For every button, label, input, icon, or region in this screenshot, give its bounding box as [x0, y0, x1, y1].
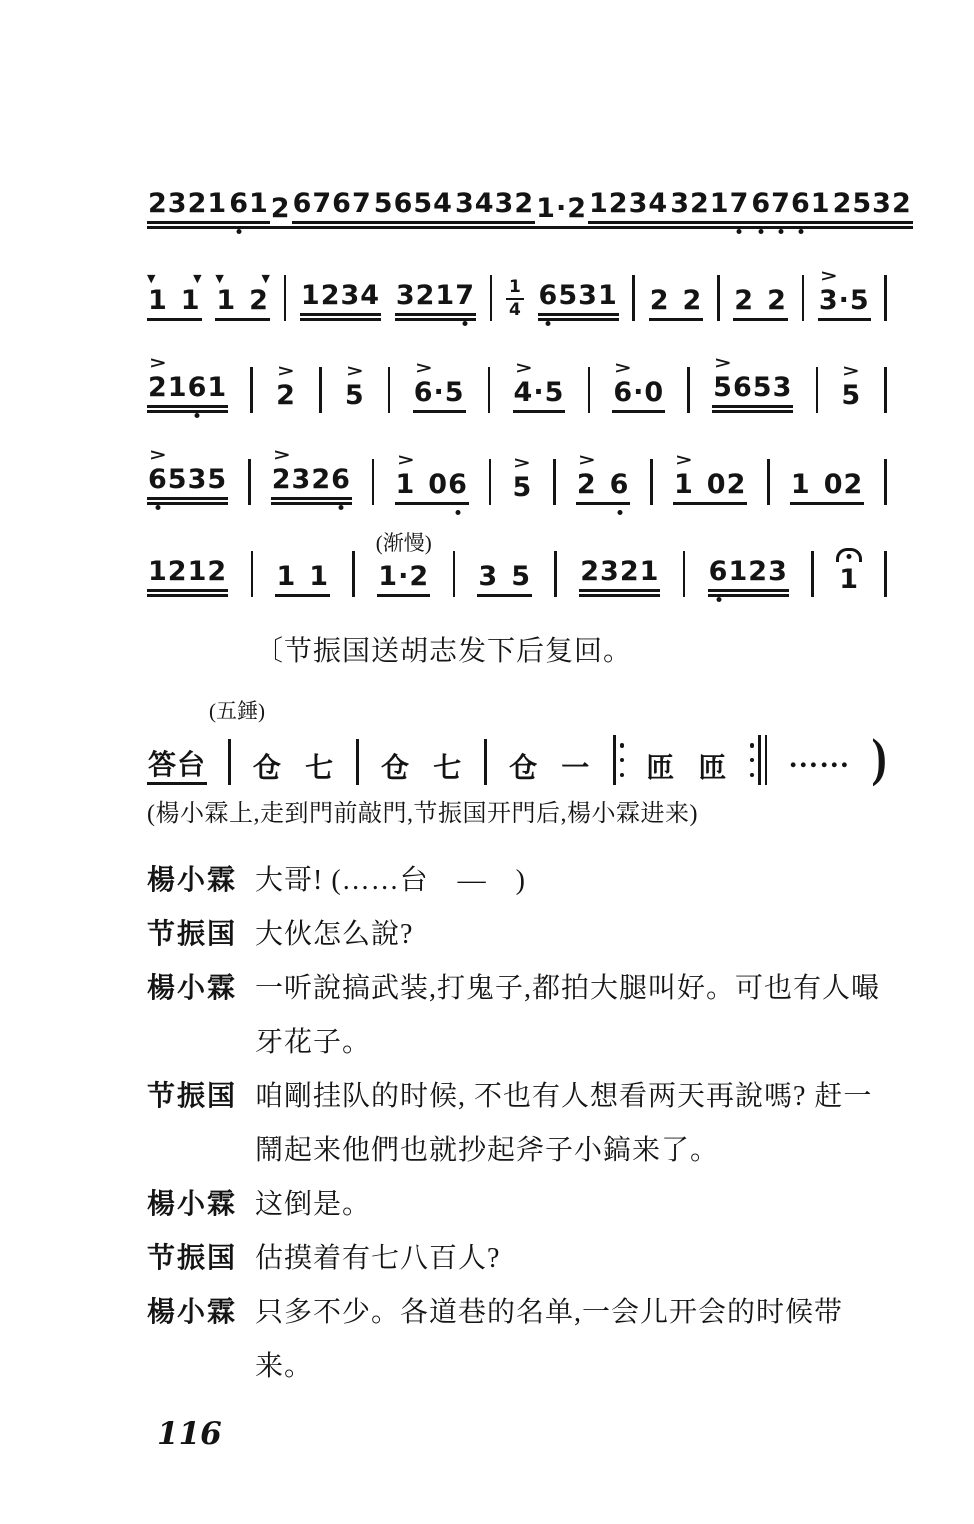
note-group: 匝 — [645, 753, 676, 785]
note-cell: 仓 — [508, 753, 539, 785]
note-cell: 3432 — [454, 190, 535, 229]
score-system: 12121 1(渐慢)1·23 5232161231 — [147, 533, 887, 597]
note-group: 5 — [840, 382, 862, 413]
continuation-ellipsis: …… — [788, 741, 850, 785]
note-group: 5653 — [712, 374, 793, 413]
repeat-barline — [765, 735, 767, 785]
note-char: 1 — [435, 282, 455, 310]
note-char: 3 — [629, 190, 649, 218]
barline — [884, 367, 887, 413]
accent-icon: ▼▼ — [212, 272, 273, 285]
note-char: 3 — [768, 558, 788, 586]
note-char: 1 — [674, 471, 694, 499]
note-char: 2 — [734, 287, 754, 315]
note-group: 1 1 — [275, 563, 330, 597]
note-group: 6·0 — [612, 379, 665, 413]
note-char: 2 — [207, 558, 227, 586]
barline — [372, 459, 375, 505]
note-char: 2 — [690, 190, 710, 218]
note-group: 2 — [270, 195, 292, 229]
note-char: 3 — [340, 282, 360, 310]
note-cell: 2 2 — [733, 287, 788, 321]
note-group: 七 — [432, 753, 463, 785]
note-cell: >4·5 — [513, 358, 566, 413]
note-char: 2 — [321, 282, 341, 310]
note-char: 2 — [580, 558, 600, 586]
note-cell: ▼▼1 1 — [147, 272, 202, 321]
note-cell: >6535 — [147, 445, 228, 505]
note-group: 仓 — [508, 753, 539, 785]
note-char: 七 — [433, 753, 462, 782]
barline — [553, 459, 556, 505]
note-cell: 61 — [228, 190, 270, 229]
note-with-octave-dot: 6 — [610, 471, 630, 499]
note-char: 7 — [312, 190, 332, 218]
speaker-name: 楊小霖 — [147, 1178, 255, 1232]
note-cell: 1·2 — [535, 195, 588, 229]
speech-line: 大哥! (……台 — ) — [255, 854, 887, 908]
note-char: 5 — [545, 379, 565, 407]
note-cell: 2321 — [579, 558, 660, 597]
note-cell: 2 — [270, 195, 292, 229]
accent-icon: > — [817, 266, 891, 285]
note-char: 1 — [309, 563, 329, 591]
barline — [588, 367, 591, 413]
note-char: 5 — [850, 287, 870, 315]
note-char: 4 — [514, 379, 534, 407]
note-char: 1 — [598, 282, 618, 310]
note-group: 1·2 — [377, 563, 430, 597]
score-system: >6535>2326>1 06>5>2 6>1 021 02 — [147, 441, 887, 505]
note-char: 4 — [648, 190, 668, 218]
dialogue-entry: 楊小霖只多不少。各道巷的名单,一会儿开会的时候带来。 — [147, 1286, 887, 1394]
note-char: 2 — [577, 471, 597, 499]
note-char: 3 — [578, 282, 598, 310]
barline — [484, 739, 487, 785]
note-group: 答台 — [147, 750, 207, 785]
note-char: 2 — [748, 558, 768, 586]
tempo-label: (渐慢) — [376, 527, 432, 557]
note-char: 5 — [511, 563, 531, 591]
note-char: 2 — [892, 190, 912, 218]
dialogue-entry: 节振国咱剛挂队的时候, 不也有人想看两天再說嗎? 赶一鬧起来他們也就抄起斧子小鎬… — [147, 1070, 887, 1178]
dialogue-entry: 节振国大伙怎么說? — [147, 908, 887, 962]
time-signature-cell: 14 — [506, 279, 524, 321]
barline — [816, 367, 819, 413]
note-char: 2 — [727, 471, 747, 499]
note-char: 3 — [495, 190, 515, 218]
note-with-octave-dot: 6 — [188, 374, 208, 402]
time-signature-denominator: 4 — [509, 300, 521, 319]
note-char: 1 — [207, 374, 227, 402]
note-cell: 一 — [560, 753, 591, 785]
speech-text: 一听說搞武装,打鬼子,都拍大腿叫好。可也有人嘬牙花子。 — [255, 962, 887, 1070]
note-cell: >2 — [275, 361, 297, 413]
note-cell: >5 — [344, 361, 366, 413]
note-char: 5 — [713, 374, 733, 402]
speaker-name: 节振国 — [147, 908, 255, 962]
note-char — [694, 471, 707, 499]
note-group: 1234 — [300, 282, 381, 321]
note-char: · — [633, 379, 644, 407]
speaker-name: 楊小霖 — [147, 962, 255, 1070]
note-char: 5 — [852, 190, 872, 218]
note-char: 2 — [148, 190, 168, 218]
note-char: 5 — [168, 466, 188, 494]
accent-icon: > — [672, 450, 775, 469]
dialogue-entry: 楊小霖这倒是。 — [147, 1178, 887, 1232]
score-system: 23216126767565434321·21234321767612532 — [147, 165, 887, 229]
note-char: 1 — [181, 287, 201, 315]
page-number: 116 — [157, 1416, 887, 1452]
note-cell: 3217 — [395, 282, 476, 321]
speaker-name: 节振国 — [147, 1070, 255, 1178]
note-char: 七 — [305, 753, 334, 782]
note-char: 1 — [396, 471, 416, 499]
note-cell: (渐慢)1·2 — [377, 563, 430, 597]
barline — [802, 275, 805, 321]
note-char: 3 — [188, 466, 208, 494]
repeat-barline — [613, 735, 616, 785]
barline — [811, 551, 814, 597]
note-char: 4 — [433, 190, 453, 218]
score-system: ▼▼1 1▼▼1 2123432171465312 22 2>3·5 — [147, 257, 887, 321]
note-group: 3217 — [669, 190, 750, 229]
note-char: 3 — [600, 558, 620, 586]
note-char: 1 — [378, 563, 398, 591]
note-group: 1 2 — [215, 287, 270, 321]
note-cell: ▼▼1 2 — [215, 272, 270, 321]
note-char: 2 — [833, 190, 853, 218]
accent-icon: > — [711, 353, 823, 372]
accent-icon: > — [839, 361, 871, 380]
stage-direction-entrance: (楊小霖上,走到門前敲門,节振国开門后,楊小霖进来) — [147, 793, 887, 828]
note-char: 一 — [561, 753, 590, 782]
accent-icon: > — [270, 445, 382, 464]
note-char: 0 — [428, 471, 448, 499]
note-cell: >2161 — [147, 353, 228, 413]
barline — [717, 275, 720, 321]
note-with-octave-dot: 6 — [148, 466, 168, 494]
percussion-line: 答台仓七仓七仓一匝匝……) — [147, 727, 887, 785]
note-char: 1 — [710, 190, 730, 218]
stage-direction-reenter: 〔节振国送胡志发下后复回。 — [255, 629, 887, 669]
note-char: 6 — [414, 379, 434, 407]
note-char: 1 — [728, 558, 748, 586]
note-group: 2532 — [832, 190, 913, 229]
note-char: 4 — [360, 282, 380, 310]
note-cell: >3·5 — [818, 266, 871, 321]
accent-icon: > — [611, 358, 685, 377]
speech-line: 鬧起来他們也就抄起斧子小鎬来了。 — [255, 1124, 887, 1178]
note-char: 1 — [791, 471, 811, 499]
accent-icon: > — [146, 445, 258, 464]
note-group: 一 — [560, 753, 591, 785]
note-group: 5 — [511, 474, 533, 505]
note-char — [236, 287, 249, 315]
note-char: 3 — [168, 190, 188, 218]
note-group: 1234 — [588, 190, 669, 229]
speech-line: 估摸着有七八百人? — [255, 1232, 887, 1286]
note-char: 1 — [249, 190, 269, 218]
note-char: 2 — [416, 282, 436, 310]
note-group: 1 02 — [673, 471, 747, 505]
dialogue-entry: 楊小霖一听說搞武装,打鬼子,都拍大腿叫好。可也有人嘬牙花子。 — [147, 962, 887, 1070]
note-char: 2 — [276, 382, 296, 410]
note-cell: 2321 — [147, 190, 228, 229]
barline — [554, 551, 557, 597]
percussion-pattern-label: (五錘) — [209, 695, 887, 725]
note-char: 5 — [753, 374, 773, 402]
note-char: 6 — [332, 190, 352, 218]
score-system: >2161>2>5>6·5>4·5>6·0>5653>5 — [147, 349, 887, 413]
note-cell: 仓 — [380, 753, 411, 785]
note-cell: 2532 — [832, 190, 913, 229]
speech-text: 估摸着有七八百人? — [255, 1232, 887, 1286]
accent-icon: > — [512, 358, 586, 377]
note-with-octave-dot: 6 — [331, 466, 351, 494]
note-with-octave-dot: 7 — [730, 190, 750, 218]
note-group: 2 2 — [733, 287, 788, 321]
note-char: 1 — [216, 287, 236, 315]
note-group: 6767 — [292, 190, 373, 229]
note-char: 1 — [148, 287, 168, 315]
note-group: 2321 — [579, 558, 660, 597]
note-char: 3 — [396, 282, 416, 310]
note-char: 3 — [773, 374, 793, 402]
note-char: 3 — [478, 563, 498, 591]
note-with-octave-dot: 6 — [791, 190, 811, 218]
note-cell: >1 06 — [395, 450, 469, 505]
note-char: 5 — [207, 466, 227, 494]
speech-line: 只多不少。各道巷的名单,一会儿开会的时候带来。 — [255, 1286, 887, 1394]
note-group: 61 — [228, 190, 270, 229]
note-char: 3 — [455, 190, 475, 218]
speech-line: 这倒是。 — [255, 1178, 887, 1232]
scanned-score-page: 23216126767565434321·21234321767612532▼▼… — [0, 0, 974, 1524]
note-group: 6·5 — [413, 379, 466, 413]
note-char: 2 — [650, 287, 670, 315]
note-with-octave-dot: 6 — [751, 190, 771, 218]
note-group: 6535 — [147, 466, 228, 505]
note-cell: >2326 — [271, 445, 352, 505]
barline — [352, 551, 355, 597]
note-with-octave-dot: 6 — [539, 282, 559, 310]
note-group: 3·5 — [818, 287, 871, 321]
note-char: 5 — [345, 382, 365, 410]
note-with-octave-dot: 7 — [455, 282, 475, 310]
note-char: · — [556, 195, 567, 223]
speech-text: 这倒是。 — [255, 1178, 887, 1232]
speech-line: 一听說搞武装,打鬼子,都拍大腿叫好。可也有人嘬 — [255, 962, 887, 1016]
barline — [251, 551, 254, 597]
note-char: 2 — [249, 287, 269, 315]
note-cell: 6761 — [750, 190, 831, 229]
barline — [388, 367, 391, 413]
note-char — [296, 563, 309, 591]
note-cell: 1234 — [588, 190, 669, 229]
barline — [356, 739, 359, 785]
note-char: 1 — [640, 558, 660, 586]
note-char: 2 — [271, 195, 291, 223]
note-char: 7 — [352, 190, 372, 218]
note-char: 6 — [613, 379, 633, 407]
note-char — [168, 287, 181, 315]
note-group: 2 6 — [576, 471, 631, 505]
note-cell: 1234 — [300, 282, 381, 321]
note-char: 2 — [609, 190, 629, 218]
accent-icon: > — [575, 450, 651, 469]
note-cell: 答台 — [147, 750, 207, 785]
note-char: 2 — [188, 190, 208, 218]
note-char: 3 — [292, 466, 312, 494]
note-char: 5 — [445, 379, 465, 407]
note-char: · — [533, 379, 544, 407]
speech-text: 大伙怎么說? — [255, 908, 887, 962]
note-char: · — [839, 287, 850, 315]
note-group: 6123 — [708, 558, 789, 597]
note-cell: 1 — [836, 548, 862, 597]
note-char: 6 — [293, 190, 313, 218]
dialogue-entry: 节振国估摸着有七八百人? — [147, 1232, 887, 1286]
note-group: 5654 — [373, 190, 454, 229]
note-char: 6 — [394, 190, 414, 218]
note-cell: 3217 — [669, 190, 750, 229]
note-cell: >5 — [511, 453, 533, 505]
speaker-name: 楊小霖 — [147, 1286, 255, 1394]
note-with-octave-dot: 6 — [448, 471, 468, 499]
note-char: 1 — [811, 190, 831, 218]
fermata-icon — [836, 548, 862, 562]
note-group: 2 — [275, 382, 297, 413]
barline — [453, 551, 456, 597]
note-char: 4 — [475, 190, 495, 218]
accent-icon: > — [343, 361, 375, 380]
note-char: 2 — [148, 374, 168, 402]
note-char: 仓 — [509, 753, 538, 782]
page-content: 23216126767565434321·21234321767612532▼▼… — [147, 165, 887, 1452]
note-char: 答 — [148, 750, 177, 779]
note-char: 2 — [683, 287, 703, 315]
speech-line: 牙花子。 — [255, 1016, 887, 1070]
note-char: 2 — [514, 190, 534, 218]
note-char: 2 — [567, 195, 587, 223]
note-char: 3 — [872, 190, 892, 218]
note-char: 5 — [841, 382, 861, 410]
note-char: 1 — [301, 282, 321, 310]
note-with-octave-dot: 6 — [709, 558, 729, 586]
note-cell: 1 1 — [275, 563, 330, 597]
note-char: 2 — [311, 466, 331, 494]
note-with-octave-dot: 6 — [229, 190, 249, 218]
note-char: 台 — [177, 750, 206, 779]
note-cell: 匝 — [697, 753, 728, 785]
note-char — [415, 471, 428, 499]
note-cell: >1 02 — [673, 450, 747, 505]
note-group: 6761 — [750, 190, 831, 229]
note-char — [670, 287, 683, 315]
note-char: 6 — [733, 374, 753, 402]
note-cell: 2 2 — [649, 287, 704, 321]
note-char: 1 — [207, 190, 227, 218]
note-char: 2 — [620, 558, 640, 586]
note-char: 2 — [844, 471, 864, 499]
barline — [884, 459, 887, 505]
speech-line: 咱剛挂队的时候, 不也有人想看两天再說嗎? 赶一 — [255, 1070, 887, 1124]
note-char: 仓 — [253, 753, 282, 782]
speaker-name: 楊小霖 — [147, 854, 255, 908]
note-group: 2321 — [147, 190, 228, 229]
barline — [284, 275, 287, 321]
note-char: 2 — [767, 287, 787, 315]
note-cell: 1212 — [147, 558, 228, 597]
note-cell: 5654 — [373, 190, 454, 229]
note-char: · — [398, 563, 409, 591]
note-char: 1 — [188, 558, 208, 586]
repeat-barline — [758, 735, 761, 785]
note-group: 2 2 — [649, 287, 704, 321]
note-char: 0 — [644, 379, 664, 407]
note-char: 3 — [819, 287, 839, 315]
note-char — [597, 471, 610, 499]
note-char: 1 — [589, 190, 609, 218]
accent-icon: > — [412, 358, 486, 377]
note-char: 5 — [374, 190, 394, 218]
note-char: 1 — [276, 563, 296, 591]
note-group: 1·2 — [535, 195, 588, 229]
note-group: 1 1 — [147, 287, 202, 321]
note-cell: >6·5 — [413, 358, 466, 413]
barline — [488, 367, 491, 413]
time-signature-numerator: 1 — [506, 279, 524, 300]
time-signature: 14 — [506, 279, 524, 319]
dialogue-entry: 楊小霖大哥! (……台 — ) — [147, 854, 887, 908]
note-char: 1 — [839, 566, 859, 594]
note-char: 1 — [148, 558, 168, 586]
note-group: 4·5 — [513, 379, 566, 413]
barline — [884, 551, 887, 597]
note-group: 1 — [838, 566, 860, 597]
note-group: 1 06 — [395, 471, 469, 505]
note-char: 仓 — [381, 753, 410, 782]
barline — [683, 551, 686, 597]
note-group: 1212 — [147, 558, 228, 597]
repeat-open-sign — [613, 735, 625, 785]
note-cell: 仓 — [252, 753, 283, 785]
note-char — [498, 563, 511, 591]
barline — [248, 459, 251, 505]
note-char: 1 — [536, 195, 556, 223]
accent-icon: ▼▼ — [144, 272, 205, 285]
note-cell: 七 — [432, 753, 463, 785]
note-char: 5 — [512, 474, 532, 502]
speech-text: 咱剛挂队的时候, 不也有人想看两天再說嗎? 赶一鬧起来他們也就抄起斧子小鎬来了。 — [255, 1070, 887, 1178]
note-cell: 3 5 — [477, 563, 532, 597]
accent-icon: > — [394, 450, 497, 469]
note-cell: 匝 — [645, 753, 676, 785]
note-char: 0 — [707, 471, 727, 499]
note-char: 2 — [168, 558, 188, 586]
speech-text: 大哥! (……台 — ) — [255, 854, 887, 908]
note-group: 6531 — [538, 282, 619, 321]
barline — [250, 367, 253, 413]
note-cell: >5 — [840, 361, 862, 413]
note-cell: 1 02 — [790, 471, 864, 505]
speaker-name: 节振国 — [147, 1232, 255, 1286]
note-with-octave-dot: 7 — [771, 190, 791, 218]
barline — [228, 739, 231, 785]
note-group: 3217 — [395, 282, 476, 321]
